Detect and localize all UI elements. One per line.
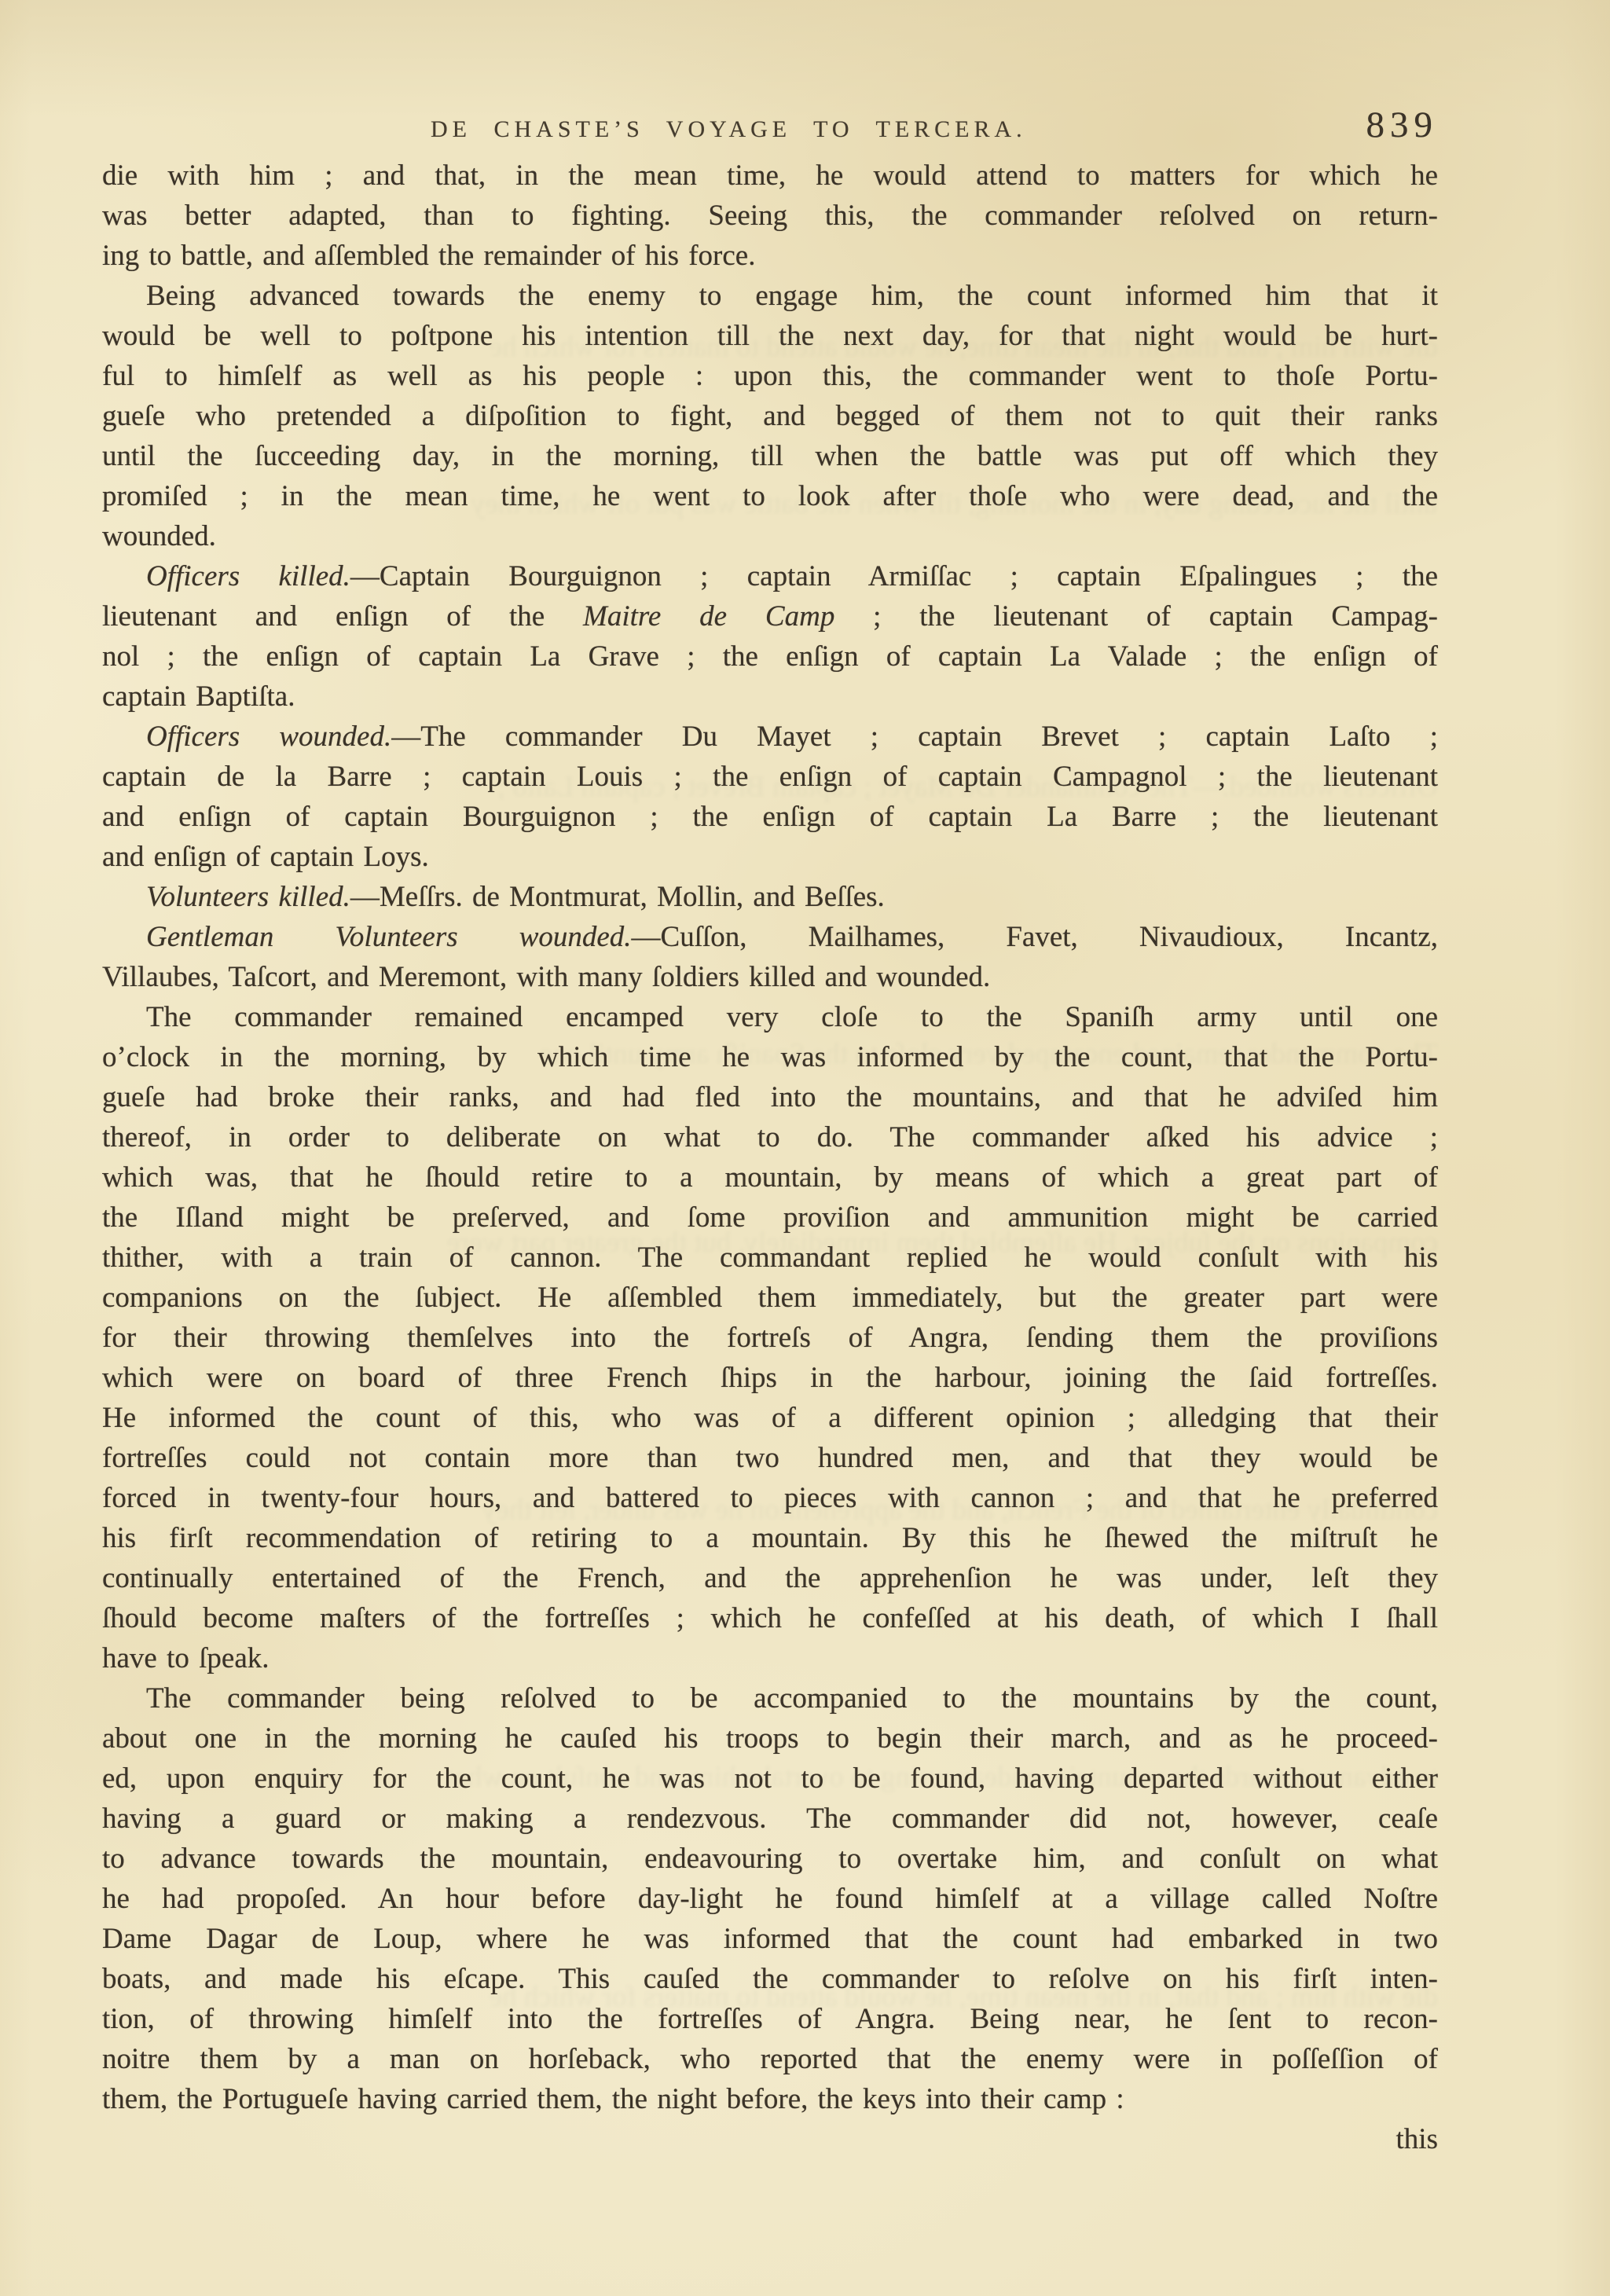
text-line: and enſign of captain Loys. [102, 837, 1438, 877]
body-text-segment: wounded. [102, 520, 216, 552]
catchword: this [102, 2119, 1438, 2159]
body-text-segment: which was, that he ſhould retire to a mo… [102, 1161, 1438, 1194]
text-line: Dame Dagar de Loup, where he was informe… [102, 1919, 1438, 1959]
text-line: to advance towards the mountain, endeavo… [102, 1839, 1438, 1879]
text-line: Gentleman Volunteers wounded.—Cuſſon, Ma… [102, 917, 1438, 957]
body-text-segment: —The commander Du Mayet ; captain Brevet… [391, 721, 1438, 753]
text-line: ed, upon enquiry for the count, he was n… [102, 1759, 1438, 1799]
text-line: having a guard or making a rendezvous. T… [102, 1799, 1438, 1839]
text-line: and enſign of captain Bourguignon ; the … [102, 797, 1438, 837]
body-text-segment: gueſe had broke their ranks, and had fle… [102, 1081, 1438, 1113]
body-text-segment: his firſt recommendation of retiring to … [102, 1522, 1438, 1554]
body-text-segment: having a guard or making a rendezvous. T… [102, 1803, 1438, 1835]
text-line: companions on the ſubject. He aſſembled … [102, 1278, 1438, 1318]
body-text-segment: Being advanced towards the enemy to enga… [146, 280, 1438, 312]
text-line: nol ; the enſign of captain La Grave ; t… [102, 636, 1438, 677]
body-text-segment: Villaubes, Taſcort, and Meremont, with m… [102, 961, 990, 993]
text-line: which were on board of three French ſhip… [102, 1358, 1438, 1398]
text-line: noitre them by a man on horſeback, who r… [102, 2039, 1438, 2079]
body-text-segment: ; the lieutenant of captain Campag- [834, 600, 1438, 633]
body-text-segment: —Captain Bourguignon ; captain Armiſſac … [350, 560, 1438, 592]
body-text-segment: lieutenant and enſign of the [102, 600, 583, 633]
text-line: Being advanced towards the enemy to enga… [102, 276, 1438, 316]
body-text-segment: continually entertained of the French, a… [102, 1562, 1438, 1594]
text-line: until the ſucceeding day, in the morning… [102, 436, 1438, 476]
body-text-segment: thither, with a train of cannon. The com… [102, 1242, 1438, 1274]
body-text-segment: ing to battle, and aſſembled the remaind… [102, 240, 755, 272]
text-line: for their throwing themſelves into the f… [102, 1318, 1438, 1358]
text-line: captain Baptiſta. [102, 677, 1438, 717]
body-text-segment: captain de la Barre ; captain Louis ; th… [102, 761, 1438, 793]
page-number: 839 [1366, 104, 1439, 146]
body-text-segment: and enſign of captain Bourguignon ; the … [102, 801, 1438, 833]
scanned-book-page: { "page": { "header": { "title": "DE CHA… [0, 0, 1610, 2296]
body-text-segment: ful to himſelf as well as his people : u… [102, 360, 1438, 392]
body-text-segment: tion, of throwing himſelf into the fortr… [102, 2003, 1438, 2035]
text-line: ful to himſelf as well as his people : u… [102, 356, 1438, 396]
body-text-segment: gueſe who pretended a diſpoſition to fig… [102, 400, 1438, 432]
text-line: forced in twenty-four hours, and battere… [102, 1478, 1438, 1518]
body-text-segment: nol ; the enſign of captain La Grave ; t… [102, 640, 1438, 673]
text-line: would be well to poſtpone his intention … [102, 316, 1438, 356]
body-text-segment: noitre them by a man on horſeback, who r… [102, 2043, 1438, 2075]
text-line: his firſt recommendation of retiring to … [102, 1518, 1438, 1558]
body-text-segment: captain Baptiſta. [102, 680, 295, 713]
text-line: thereof, in order to deliberate on what … [102, 1117, 1438, 1157]
text-line: he had propoſed. An hour before day-ligh… [102, 1879, 1438, 1919]
italic-text: Officers killed. [146, 560, 350, 592]
body-text-segment: about one in the morning he cauſed his t… [102, 1722, 1438, 1755]
body-text-segment: until the ſucceeding day, in the morning… [102, 440, 1438, 472]
italic-text: Officers wounded. [146, 721, 391, 753]
text-line: them, the Portugueſe having carried them… [102, 2079, 1438, 2119]
body-text-segment: boats, and made his eſcape. This cauſed … [102, 1963, 1438, 1995]
body-text-segment: promiſed ; in the mean time, he went to … [102, 480, 1438, 512]
body-text-segment: ſhould become maſters of the fortreſſes … [102, 1602, 1438, 1634]
text-line: boats, and made his eſcape. This cauſed … [102, 1959, 1438, 1999]
italic-text: Gentleman Volunteers wounded. [146, 921, 632, 953]
text-line: lieutenant and enſign of the Maitre de C… [102, 596, 1438, 636]
text-line: gueſe who pretended a diſpoſition to fig… [102, 396, 1438, 436]
body-text-segment: ed, upon enquiry for the count, he was n… [102, 1762, 1438, 1795]
body-text-segment: —Cuſſon, Mailhames, Favet, Nivaudioux, I… [632, 921, 1438, 953]
body-text-segment: forced in twenty-four hours, and battere… [102, 1482, 1438, 1514]
text-line: thither, with a train of cannon. The com… [102, 1238, 1438, 1278]
body-text-segment: The commander remained encamped very clo… [146, 1001, 1438, 1033]
body-text-segment: was better adapted, than to fighting. Se… [102, 200, 1438, 232]
body-text-segment: He informed the count of this, who was o… [102, 1402, 1438, 1434]
body-text-segment: them, the Portugueſe having carried them… [102, 2083, 1124, 2115]
body-text-segment: have to ſpeak. [102, 1642, 270, 1674]
text-line: gueſe had broke their ranks, and had fle… [102, 1077, 1438, 1117]
body-text-segment: —Meſſrs. de Montmurat, Mollin, and Beſſe… [350, 881, 885, 913]
body-text-segment: he had propoſed. An hour before day-ligh… [102, 1883, 1438, 1915]
text-line: o’clock in the morning, by which time he… [102, 1037, 1438, 1077]
text-line: was better adapted, than to fighting. Se… [102, 196, 1438, 236]
text-line: have to ſpeak. [102, 1638, 1438, 1678]
body-text-segment: die with him ; and that, in the mean tim… [102, 160, 1438, 192]
text-line: Villaubes, Taſcort, and Meremont, with m… [102, 957, 1438, 997]
text-line: die with him ; and that, in the mean tim… [102, 156, 1438, 196]
text-line: The commander remained encamped very clo… [102, 997, 1438, 1037]
text-line: fortreſſes could not contain more than t… [102, 1438, 1438, 1478]
body-text-segment: fortreſſes could not contain more than t… [102, 1442, 1438, 1474]
text-line: He informed the count of this, who was o… [102, 1398, 1438, 1438]
text-line: the Iſland might be preſerved, and ſome … [102, 1198, 1438, 1238]
text-line: Officers killed.—Captain Bourguignon ; c… [102, 556, 1438, 596]
text-line: about one in the morning he cauſed his t… [102, 1718, 1438, 1759]
text-line: Officers wounded.—The commander Du Mayet… [102, 717, 1438, 757]
text-line: ſhould become maſters of the fortreſſes … [102, 1598, 1438, 1638]
body-text-segment: which were on board of three French ſhip… [102, 1362, 1438, 1394]
body-text-segment: would be well to poſtpone his intention … [102, 320, 1438, 352]
text-line: tion, of throwing himſelf into the fortr… [102, 1999, 1438, 2039]
text-line: ing to battle, and aſſembled the remaind… [102, 236, 1438, 276]
text-line: The commander being reſolved to be accom… [102, 1678, 1438, 1718]
page-title: DE CHASTE’S VOYAGE TO TERCERA. [431, 116, 1027, 143]
page: die with him ; and that, in the mean tim… [0, 0, 1610, 2296]
body-text-segment: thereof, in order to deliberate on what … [102, 1121, 1438, 1154]
italic-text: Volunteers killed. [146, 881, 350, 913]
body-text-segment: Dame Dagar de Loup, where he was informe… [102, 1923, 1438, 1955]
text-line: which was, that he ſhould retire to a mo… [102, 1157, 1438, 1198]
text-line: promiſed ; in the mean time, he went to … [102, 476, 1438, 516]
body-text: die with him ; and that, in the mean tim… [102, 156, 1438, 2159]
body-text-segment: to advance towards the mountain, endeavo… [102, 1843, 1438, 1875]
body-text-segment: companions on the ſubject. He aſſembled … [102, 1282, 1438, 1314]
text-line: Volunteers killed.—Meſſrs. de Montmurat,… [102, 877, 1438, 917]
italic-text: Maitre de Camp [583, 600, 834, 633]
body-text-segment: o’clock in the morning, by which time he… [102, 1041, 1438, 1073]
text-line: captain de la Barre ; captain Louis ; th… [102, 757, 1438, 797]
body-text-segment: for their throwing themſelves into the f… [102, 1322, 1438, 1354]
body-text-segment: the Iſland might be preſerved, and ſome … [102, 1201, 1438, 1234]
text-line: continually entertained of the French, a… [102, 1558, 1438, 1598]
body-text-segment: The commander being reſolved to be accom… [146, 1682, 1438, 1715]
body-text-segment: and enſign of captain Loys. [102, 841, 429, 873]
text-line: wounded. [102, 516, 1438, 556]
